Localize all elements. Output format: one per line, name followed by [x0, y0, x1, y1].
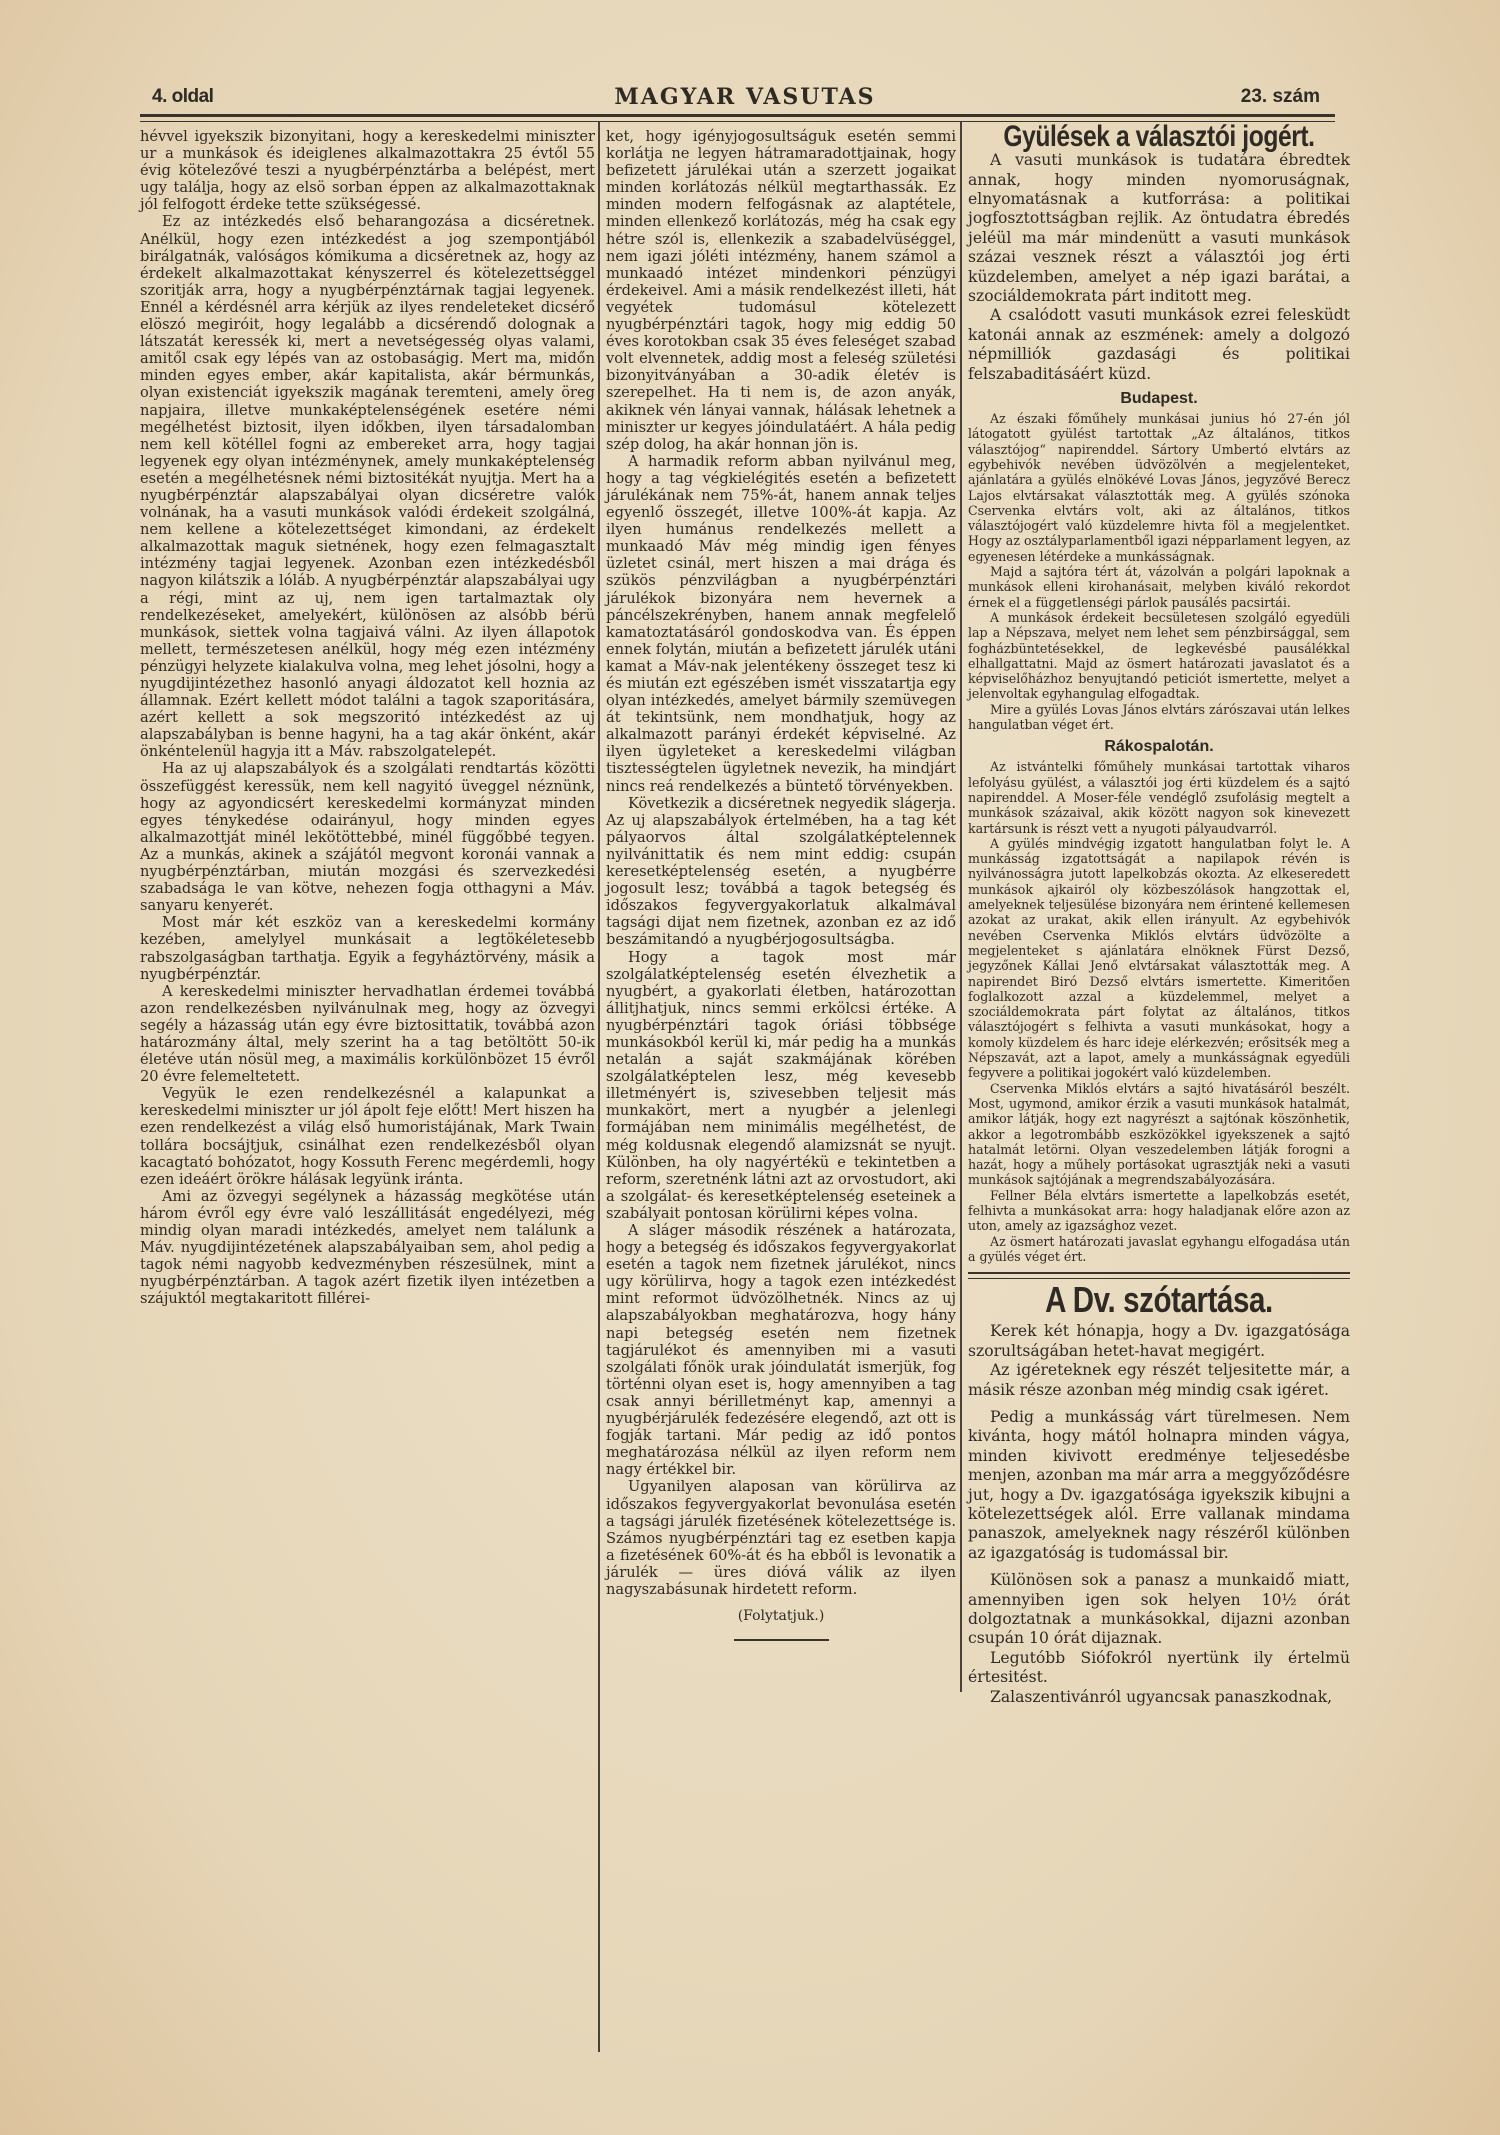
paragraph: Majd a sajtóra tért át, vázolván a polgá… [968, 564, 1350, 610]
subhead-rakospalota: Rákospalotán. [968, 738, 1350, 755]
column-3: Gyülések a választói jogért. A vasuti mu… [968, 128, 1350, 1707]
paragraph: Az ösmert határozati javaslat egyhangu e… [968, 1234, 1350, 1265]
paragraph: Ha az uj alapszabályok és a szolgálati r… [140, 760, 595, 914]
paragraph: Pedig a munkásság várt türelmesen. Nem k… [968, 1408, 1350, 1563]
paragraph: Most már két eszköz van a kereskedelmi k… [140, 914, 595, 982]
masthead: 4. oldal MAGYAR VASUTAS 23. szám [140, 80, 1350, 114]
column-2: ket, hogy igényjogosultságuk esetén semm… [606, 128, 956, 1641]
issue-number: 23. szám [1241, 86, 1320, 108]
paragraph: hévvel igyekszik bizonyitani, hogy a ker… [140, 128, 595, 213]
paragraph: A csalódott vasuti munkások ezrei felesk… [968, 306, 1350, 384]
subhead-budapest: Budapest. [968, 390, 1350, 407]
columns: hévvel igyekszik bizonyitani, hogy a ker… [140, 122, 1350, 2082]
newspaper-title: MAGYAR VASUTAS [140, 84, 1350, 110]
paragraph: Ami az özvegyi segélynek a házasság megk… [140, 1188, 595, 1308]
headline-dv: A Dv. szótartása. [1002, 1291, 1315, 1308]
paragraph: Az igéreteknek egy részét teljesitette m… [968, 1361, 1350, 1400]
paragraph: Mire a gyülés Lovas János elvtárs zárósz… [968, 702, 1350, 733]
newspaper-page: 4. oldal MAGYAR VASUTAS 23. szám hévvel … [140, 80, 1350, 2082]
paragraph: A vasuti munkások is tudatára ébredtek a… [968, 151, 1350, 306]
continued-note: (Folytatjuk.) [606, 1608, 956, 1625]
end-rule [734, 1639, 829, 1641]
paragraph: Legutóbb Siófokról nyertünk ily értelmü … [968, 1649, 1350, 1688]
paragraph: Ez az intézkedés első beharangozása a di… [140, 213, 595, 760]
paragraph: Vegyük le ezen rendelkezésnél a kalapunk… [140, 1085, 595, 1188]
headline-elections: Gyülések a választói jogért. [1002, 128, 1315, 145]
column-divider [598, 122, 600, 2052]
paragraph: Cservenka Miklós elvtárs a sajtó hivatás… [968, 1081, 1350, 1188]
paragraph: Zalaszentivánról ugyancsak panaszkodnak, [968, 1688, 1350, 1707]
paragraph: ket, hogy igényjogosultságuk esetén semm… [606, 128, 956, 453]
paragraph: A gyülés mindvégig izgatott hangulatban … [968, 836, 1350, 1081]
paragraph: Kerek két hónapja, hogy a Dv. igazgatósá… [968, 1322, 1350, 1361]
paragraph: Az istvántelki főműhely munkásai tartott… [968, 759, 1350, 835]
paragraph: Következik a dicséretnek negyedik sláger… [606, 795, 956, 949]
paragraph: Különösen sok a panasz a munkaidő miatt,… [968, 1571, 1350, 1649]
paragraph: A kereskedelmi miniszter hervadhatlan ér… [140, 983, 595, 1086]
paragraph: A sláger második részének a határozata, … [606, 1222, 956, 1478]
paragraph: A harmadik reform abban nyilvánul meg, h… [606, 453, 956, 795]
paragraph: Az északi főműhely munkásai junius hó 27… [968, 411, 1350, 564]
article-separator [968, 1272, 1350, 1279]
paragraph: Fellner Béla elvtárs ismertette a lapelk… [968, 1188, 1350, 1234]
column-1: hévvel igyekszik bizonyitani, hogy a ker… [140, 128, 595, 1307]
paragraph: A munkások érdekeit becsületesen szolgál… [968, 610, 1350, 702]
column-divider [960, 122, 962, 1692]
paragraph: Ugyanilyen alaposan van körülirva az idő… [606, 1478, 956, 1598]
paragraph: Hogy a tagok most már szolgálatképtelens… [606, 949, 956, 1223]
